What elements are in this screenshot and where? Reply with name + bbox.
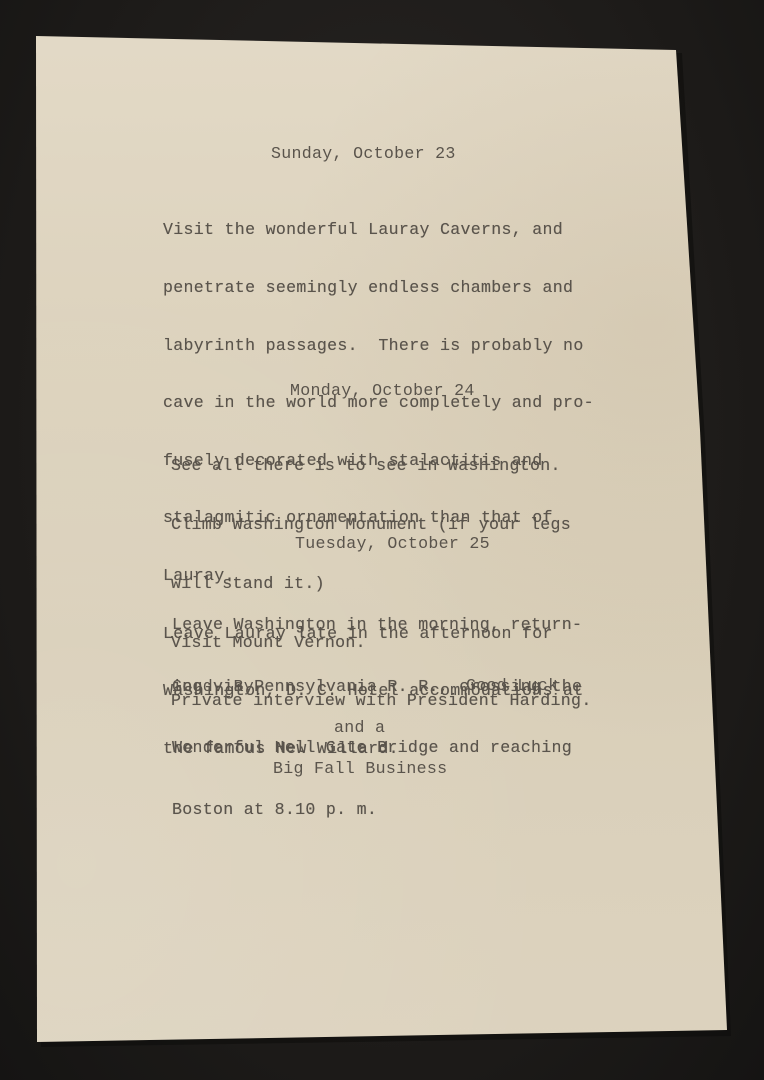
text-line: See all there is to see in Washington. bbox=[171, 456, 592, 476]
text-line: Visit the wonderful Lauray Caverns, and bbox=[163, 220, 594, 239]
day-heading-monday: Monday, October 24 bbox=[290, 381, 475, 400]
text-line: penetrate seemingly endless chambers and bbox=[163, 278, 594, 297]
closing-big-fall-business: Big Fall Business bbox=[273, 759, 447, 778]
closing-and-a: and a bbox=[334, 718, 385, 737]
closing-good-luck: Good Luck bbox=[466, 676, 558, 695]
text-line: labyrinth passages. There is probably no bbox=[163, 336, 594, 355]
day-heading-sunday: Sunday, October 23 bbox=[271, 144, 456, 163]
tuesday-paragraph: Leave Washington in the morning, return-… bbox=[172, 574, 582, 841]
text-line: Leave Washington in the morning, return- bbox=[172, 615, 582, 636]
text-line: Climb Washington Monument (if your legs bbox=[171, 515, 592, 535]
text-line: Wonderful Hell Gate Bridge and reaching bbox=[172, 738, 582, 759]
day-heading-tuesday: Tuesday, October 25 bbox=[295, 534, 490, 553]
closing-good-by: Good- By bbox=[172, 677, 254, 696]
text-line: Boston at 8.10 p. m. bbox=[172, 800, 582, 821]
